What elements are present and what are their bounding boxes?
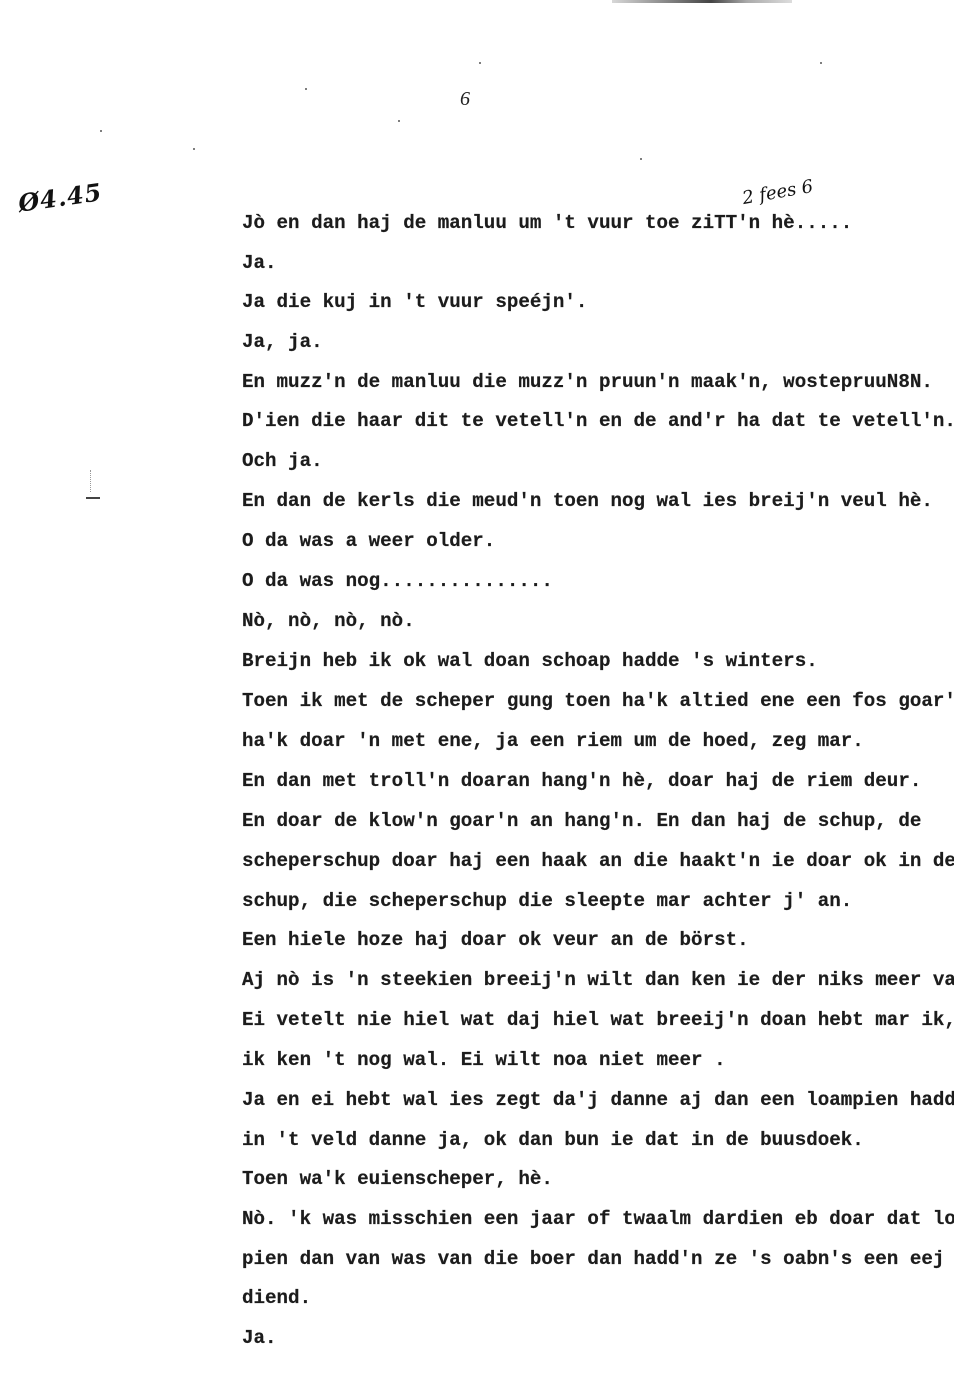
scan-speck (193, 148, 195, 150)
transcript-line: Toen ik met de scheper gung toen ha'k al… (242, 690, 954, 712)
transcript-line: ik ken 't nog wal. Ei wilt noa niet meer… (242, 1049, 726, 1071)
document-page: 6 Ø4.45 2 fees 6 Jò en dan haj de manluu… (0, 0, 954, 1373)
transcript-line: scheperschup doar haj een haak an die ha… (242, 850, 954, 872)
transcript-line: Ei vetelt nie hiel wat daj hiel wat bree… (242, 1009, 954, 1031)
scan-speck (820, 62, 822, 64)
transcript-line: En doar de klow'n goar'n an hang'n. En d… (242, 810, 921, 832)
transcript-line: Ja. (242, 252, 277, 274)
transcript-line: O da was a weer older. (242, 530, 495, 552)
transcript-line: Nò. 'k was misschien een jaar of twaalm … (242, 1208, 954, 1230)
transcript-line: schup, die scheperschup die sleepte mar … (242, 890, 852, 912)
margin-dash-mark (86, 497, 100, 499)
transcript-line: D'ien die haar dit te vetell'n en de and… (242, 410, 954, 432)
transcript-line: Nò, nò, nò, nò. (242, 610, 415, 632)
scan-speck (640, 158, 642, 160)
transcript-line: En dan de kerls die meud'n toen nog wal … (242, 490, 933, 512)
scan-speck (479, 62, 481, 64)
margin-tick-mark (90, 470, 92, 492)
transcript-line: Ja. (242, 1327, 277, 1349)
scan-speck (305, 88, 307, 90)
transcript-line: ha'k doar 'n met ene, ja een riem um de … (242, 730, 864, 752)
transcript-line: En muzz'n de manluu die muzz'n pruun'n m… (242, 371, 933, 393)
transcript-line: Een hiele hoze haj doar ok veur an de bö… (242, 929, 749, 951)
transcript-line: Och ja. (242, 450, 323, 472)
handwritten-top-note: 2 fees 6 (741, 176, 815, 209)
transcript-line: Ja en ei hebt wal ies zegt da'j danne aj… (242, 1089, 954, 1111)
transcript-line: O da was nog............... (242, 570, 553, 592)
transcript-line: Ja die kuj in 't vuur speéjn'. (242, 291, 587, 313)
scan-speck (398, 120, 400, 122)
scan-speck (100, 130, 102, 132)
transcript-line: pien dan van was van die boer dan hadd'n… (242, 1248, 954, 1270)
transcript-line: diend. (242, 1287, 311, 1309)
transcript-line: Breijn heb ik ok wal doan schoap hadde '… (242, 650, 818, 672)
transcript-line: Ja, ja. (242, 331, 323, 353)
transcript-line: Toen wa'k euienscheper, hè. (242, 1168, 553, 1190)
page-number: 6 (460, 88, 470, 111)
transcript-line: in 't veld danne ja, ok dan bun ie dat i… (242, 1129, 864, 1151)
transcript-line: Jò en dan haj de manluu um 't vuur toe z… (242, 212, 852, 234)
transcript-line: Aj nò is 'n steekien breeij'n wilt dan k… (242, 969, 954, 991)
handwritten-margin-note: Ø4.45 (16, 177, 104, 217)
transcript-line: En dan met troll'n doaran hang'n hè, doa… (242, 770, 921, 792)
scan-artifact-bar (612, 0, 792, 3)
